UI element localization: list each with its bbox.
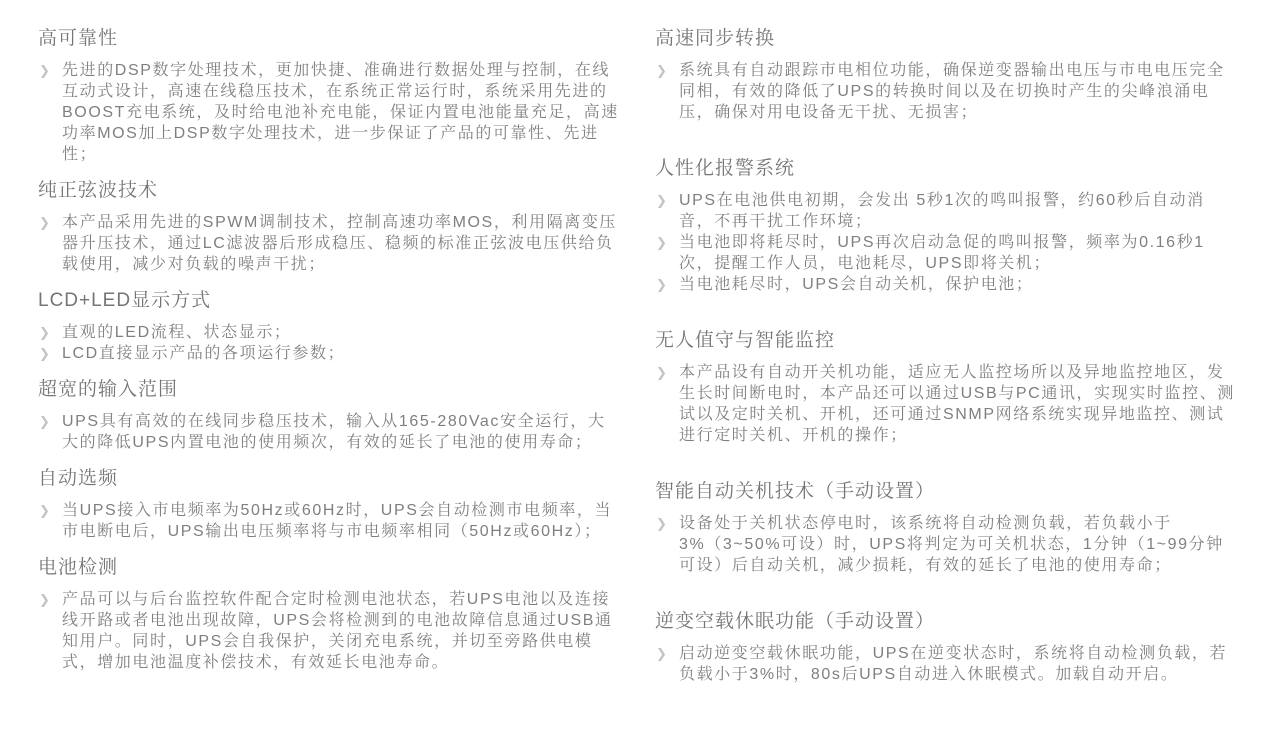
section-battery-detection: 电池检测 ❯ 产品可以与后台监控软件配合定时检测电池状态，若UPS电池以及连接线…: [38, 555, 621, 673]
chevron-right-icon: ❯: [656, 62, 667, 79]
chevron-right-icon: ❯: [656, 192, 667, 209]
feature-text: 当UPS接入市电频率为50Hz或60Hz时，UPS会自动检测市电频率，当市电断电…: [62, 502, 612, 540]
section-pure-sine-wave: 纯正弦波技术 ❯ 本产品采用先进的SPWM调制技术，控制高速功率MOS，利用隔离…: [38, 178, 621, 275]
chevron-right-icon: ❯: [39, 214, 50, 231]
feature-item: ❯ 先进的DSP数字处理技术，更加快捷、准确进行数据处理与控制，在线互动式设计，…: [38, 60, 621, 165]
chevron-right-icon: ❯: [39, 324, 50, 341]
feature-item: ❯ UPS在电池供电初期，会发出 5秒1次的鸣叫报警，约60秒后自动消音，不再干…: [655, 190, 1238, 232]
feature-text: UPS在电池供电初期，会发出 5秒1次的鸣叫报警，约60秒后自动消音，不再干扰工…: [679, 192, 1205, 230]
section-high-speed-sync-transfer: 高速同步转换 ❯ 系统具有自动跟踪市电相位功能，确保逆变器输出电压与市电电压完全…: [655, 26, 1238, 123]
feature-text: UPS具有高效的在线同步稳压技术，输入从165-280Vac安全运行，大大的降低…: [62, 413, 606, 451]
feature-item: ❯ 启动逆变空载休眠功能，UPS在逆变状态时，系统将自动检测负载，若负载小于3%…: [655, 643, 1238, 685]
feature-text: 先进的DSP数字处理技术，更加快捷、准确进行数据处理与控制，在线互动式设计，高速…: [62, 62, 619, 163]
feature-text: 启动逆变空载休眠功能，UPS在逆变状态时，系统将自动检测负载，若负载小于3%时，…: [679, 645, 1227, 683]
feature-item: ❯ 当电池即将耗尽时，UPS再次启动急促的鸣叫报警，频率为0.16秒1次，提醒工…: [655, 232, 1238, 274]
feature-text: 设备处于关机状态停电时，该系统将自动检测负载，若负载小于3%（3~50%可设）时…: [679, 515, 1224, 574]
section-heading: 无人值守与智能监控: [655, 328, 1238, 353]
section-heading: 超宽的输入范围: [38, 377, 621, 402]
feature-item: ❯ 当电池耗尽时，UPS会自动关机，保护电池；: [655, 274, 1238, 295]
chevron-right-icon: ❯: [656, 234, 667, 251]
feature-item: ❯ 设备处于关机状态停电时，该系统将自动检测负载，若负载小于3%（3~50%可设…: [655, 513, 1238, 576]
feature-item: ❯ 直观的LED流程、状态显示；: [38, 322, 621, 343]
feature-text: 系统具有自动跟踪市电相位功能，确保逆变器输出电压与市电电压完全同相，有效的降低了…: [679, 62, 1225, 121]
section-heading: LCD+LED显示方式: [38, 288, 621, 313]
feature-item: ❯ 产品可以与后台监控软件配合定时检测电池状态，若UPS电池以及连接线开路或者电…: [38, 589, 621, 673]
section-lcd-led-display: LCD+LED显示方式 ❯ 直观的LED流程、状态显示； ❯ LCD直接显示产品…: [38, 288, 621, 364]
section-heading: 纯正弦波技术: [38, 178, 621, 203]
feature-text: 产品可以与后台监控软件配合定时检测电池状态，若UPS电池以及连接线开路或者电池出…: [62, 591, 613, 671]
chevron-right-icon: ❯: [39, 62, 50, 79]
section-heading: 人性化报警系统: [655, 156, 1238, 181]
chevron-right-icon: ❯: [656, 276, 667, 293]
section-unattended-smart-monitoring: 无人值守与智能监控 ❯ 本产品设有自动开关机功能，适应无人监控场所以及异地监控地…: [655, 328, 1238, 446]
section-high-reliability: 高可靠性 ❯ 先进的DSP数字处理技术，更加快捷、准确进行数据处理与控制，在线互…: [38, 26, 621, 165]
section-smart-auto-shutdown: 智能自动关机技术（手动设置） ❯ 设备处于关机状态停电时，该系统将自动检测负载，…: [655, 479, 1238, 576]
chevron-right-icon: ❯: [39, 413, 50, 430]
feature-text: 当电池即将耗尽时，UPS再次启动急促的鸣叫报警，频率为0.16秒1次，提醒工作人…: [679, 234, 1205, 272]
chevron-right-icon: ❯: [39, 591, 50, 608]
features-left-column: 高可靠性 ❯ 先进的DSP数字处理技术，更加快捷、准确进行数据处理与控制，在线互…: [38, 26, 621, 718]
chevron-right-icon: ❯: [656, 364, 667, 381]
section-heading: 电池检测: [38, 555, 621, 580]
section-heading: 智能自动关机技术（手动设置）: [655, 479, 1238, 504]
section-inverter-no-load-sleep: 逆变空载休眠功能（手动设置） ❯ 启动逆变空载休眠功能，UPS在逆变状态时，系统…: [655, 609, 1238, 685]
feature-text: 直观的LED流程、状态显示；: [62, 324, 292, 341]
chevron-right-icon: ❯: [39, 502, 50, 519]
feature-item: ❯ 本产品设有自动开关机功能，适应无人监控场所以及异地监控地区，发生长时间断电时…: [655, 362, 1238, 446]
feature-item: ❯ LCD直接显示产品的各项运行参数；: [38, 343, 621, 364]
section-wide-input-range: 超宽的输入范围 ❯ UPS具有高效的在线同步稳压技术，输入从165-280Vac…: [38, 377, 621, 453]
features-right-column: 高速同步转换 ❯ 系统具有自动跟踪市电相位功能，确保逆变器输出电压与市电电压完全…: [655, 26, 1238, 718]
feature-text: 本产品采用先进的SPWM调制技术，控制高速功率MOS，利用隔离变压器升压技术，通…: [62, 214, 617, 273]
chevron-right-icon: ❯: [656, 515, 667, 532]
feature-item: ❯ 本产品采用先进的SPWM调制技术，控制高速功率MOS，利用隔离变压器升压技术…: [38, 212, 621, 275]
section-auto-frequency: 自动选频 ❯ 当UPS接入市电频率为50Hz或60Hz时，UPS会自动检测市电频…: [38, 466, 621, 542]
section-heading: 高速同步转换: [655, 26, 1238, 51]
feature-text: 本产品设有自动开关机功能，适应无人监控场所以及异地监控地区，发生长时间断电时，本…: [679, 364, 1235, 444]
feature-item: ❯ 当UPS接入市电频率为50Hz或60Hz时，UPS会自动检测市电频率，当市电…: [38, 500, 621, 542]
chevron-right-icon: ❯: [39, 345, 50, 362]
section-heading: 自动选频: [38, 466, 621, 491]
section-heading: 高可靠性: [38, 26, 621, 51]
chevron-right-icon: ❯: [656, 645, 667, 662]
feature-item: ❯ UPS具有高效的在线同步稳压技术，输入从165-280Vac安全运行，大大的…: [38, 411, 621, 453]
ups-feature-document: 高可靠性 ❯ 先进的DSP数字处理技术，更加快捷、准确进行数据处理与控制，在线互…: [0, 0, 1268, 718]
feature-item: ❯ 系统具有自动跟踪市电相位功能，确保逆变器输出电压与市电电压完全同相，有效的降…: [655, 60, 1238, 123]
feature-text: 当电池耗尽时，UPS会自动关机，保护电池；: [679, 276, 1034, 293]
feature-text: LCD直接显示产品的各项运行参数；: [62, 345, 345, 362]
section-heading: 逆变空载休眠功能（手动设置）: [655, 609, 1238, 634]
section-humanized-alarm: 人性化报警系统 ❯ UPS在电池供电初期，会发出 5秒1次的鸣叫报警，约60秒后…: [655, 156, 1238, 295]
